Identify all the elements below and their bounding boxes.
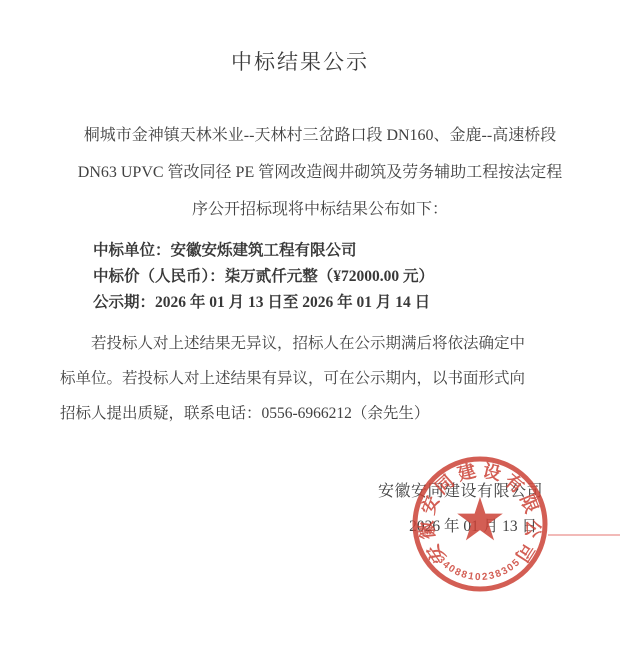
notice-paragraph: 若投标人对上述结果无异议，招标人在公示期满后将依法确定中 标单位。若投标人对上述… [60,326,552,431]
result-block: 中标单位：安徽安烁建筑工程有限公司 中标价（人民币）：柒万贰仟元整（¥72000… [93,238,434,316]
signature-company: 安徽安同建设有限公司 [378,478,543,501]
scan-artifact-line [548,534,620,536]
signature-date: 2026 年 01 月 13 日 [409,514,537,536]
intro-line-3: 序公开招标现将中标结果公布如下： [20,191,620,228]
seal-number-text-holder: 3408810238305 [435,555,523,584]
result-price-line: 中标价（人民币）：柒万贰仟元整（¥72000.00 元） [93,264,434,290]
intro-line-2: DN63 UPVC 管改同径 PE 管网改造阀井砌筑及劳务辅助工程按法定程 [20,154,620,191]
page-title: 中标结果公示 [0,46,600,76]
result-period-line: 公示期：2026 年 01 月 13 日至 2026 年 01 月 14 日 [93,290,434,316]
seal-number-text: 3408810238305 [435,555,523,584]
notice-line-1: 若投标人对上述结果无异议，招标人在公示期满后将依法确定中 [60,326,552,361]
intro-line-1: 桐城市金神镇天林米业--天林村三岔路口段 DN160、金鹿--高速桥段 [20,117,620,154]
intro-paragraph: 桐城市金神镇天林米业--天林村三岔路口段 DN160、金鹿--高速桥段 DN63… [20,117,620,228]
notice-line-3: 招标人提出质疑，联系电话：0556-6966212（余先生） [60,396,552,431]
announcement-document: 中标结果公示 桐城市金神镇天林米业--天林村三岔路口段 DN160、金鹿--高速… [0,0,620,661]
notice-line-2: 标单位。若投标人对上述结果有异议，可在公示期内，以书面形式向 [60,361,552,396]
result-winner-line: 中标单位：安徽安烁建筑工程有限公司 [93,238,434,264]
